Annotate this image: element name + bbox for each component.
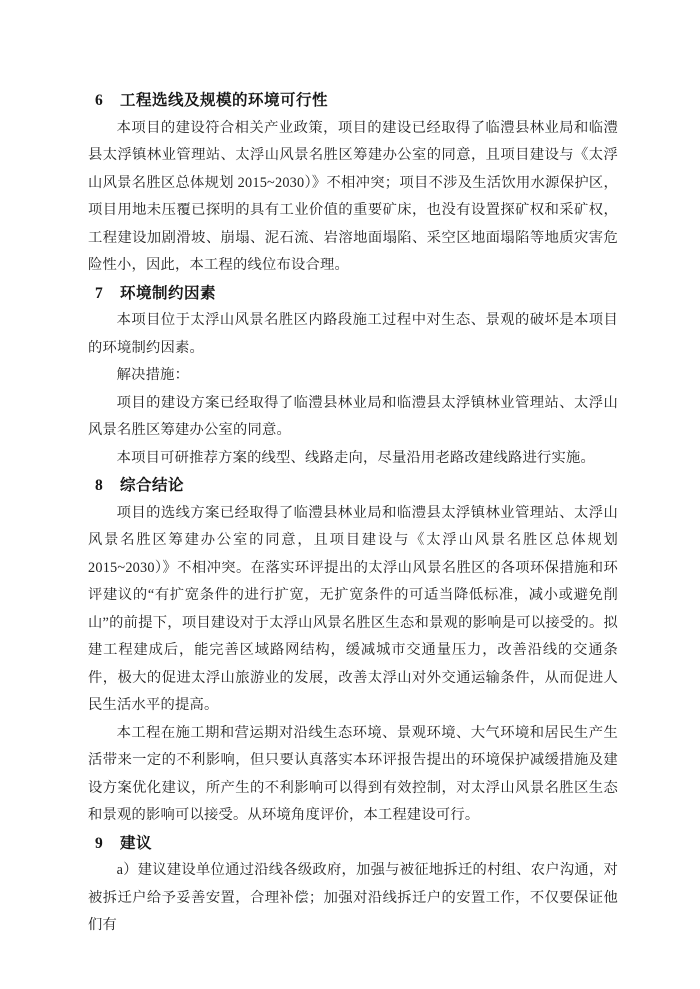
paragraph: 本项目可研推荐方案的线型、线路走向，尽量沿用老路改建线路进行实施。 (88, 445, 618, 473)
paragraph: 项目的选线方案已经取得了临澧县林业局和临澧县太浮镇林业管理站、太浮山风景名胜区筹… (88, 500, 618, 720)
document-page: 6工程选线及规模的环境可行性 本项目的建设符合相关产业政策，项目的建设已经取得了… (0, 0, 700, 989)
paragraph: 本工程在施工期和营运期对沿线生态环境、景观环境、大气环境和居民生产生活带来一定的… (88, 720, 618, 830)
section-heading: 9建议 (88, 830, 618, 858)
section-number: 8 (95, 472, 104, 500)
section-title: 工程选线及规模的环境可行性 (120, 92, 328, 109)
section-8: 8综合结论 项目的选线方案已经取得了临澧县林业局和临澧县太浮镇林业管理站、太浮山… (88, 472, 618, 830)
section-7: 7环境制约因素 本项目位于太浮山风景名胜区内路段施工过程中对生态、景观的破坏是本… (88, 280, 618, 473)
section-number: 6 (95, 87, 104, 115)
section-title: 环境制约因素 (120, 285, 216, 302)
section-number: 9 (95, 830, 104, 858)
paragraph: 本项目位于太浮山风景名胜区内路段施工过程中对生态、景观的破坏是本项目的环境制约因… (88, 307, 618, 362)
section-heading: 6工程选线及规模的环境可行性 (88, 87, 618, 115)
section-number: 7 (95, 280, 104, 308)
section-title: 综合结论 (120, 477, 184, 494)
section-6: 6工程选线及规模的环境可行性 本项目的建设符合相关产业政策，项目的建设已经取得了… (88, 87, 618, 280)
section-heading: 7环境制约因素 (88, 280, 618, 308)
section-title: 建议 (120, 835, 152, 852)
paragraph: 项目的建设方案已经取得了临澧县林业局和临澧县太浮镇林业管理站、太浮山风景名胜区筹… (88, 390, 618, 445)
section-heading: 8综合结论 (88, 472, 618, 500)
paragraph: 解决措施： (88, 362, 618, 390)
paragraph: 本项目的建设符合相关产业政策，项目的建设已经取得了临澧县林业局和临澧县太浮镇林业… (88, 115, 618, 280)
section-9: 9建议 a）建议建设单位通过沿线各级政府，加强与被征地拆迁的村组、农户沟通，对被… (88, 830, 618, 940)
paragraph: a）建议建设单位通过沿线各级政府，加强与被征地拆迁的村组、农户沟通，对被拆迁户给… (88, 857, 618, 940)
